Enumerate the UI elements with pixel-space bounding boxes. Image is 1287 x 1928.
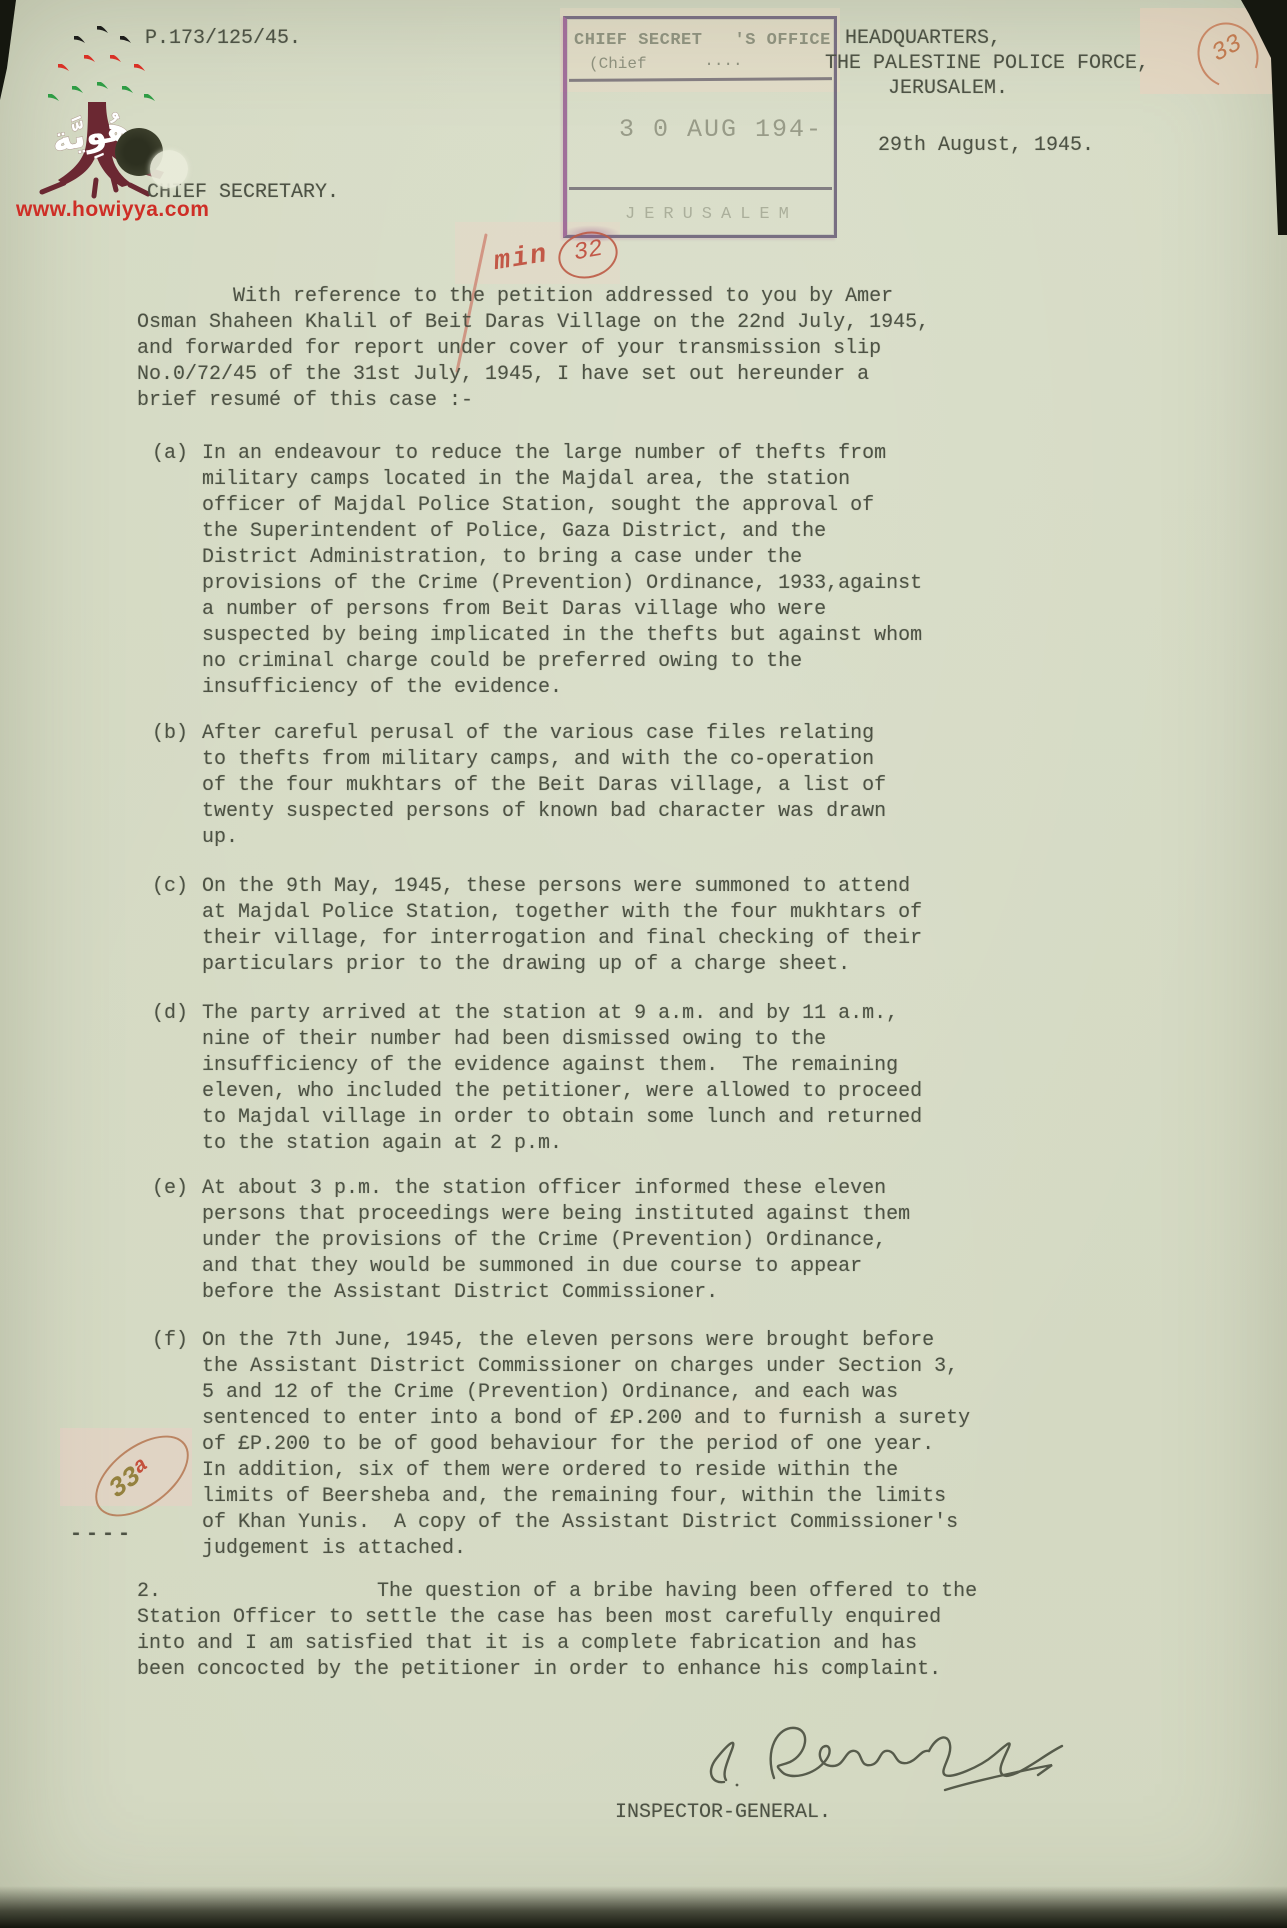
signature-title: INSPECTOR-GENERAL. [615,1800,831,1826]
item-text: In an endeavour to reduce the large numb… [202,441,922,701]
item-text: The party arrived at the station at 9 a.… [202,1001,922,1157]
min-note: min [492,240,551,278]
scan-edge-bottom [0,1886,1287,1928]
document-page: CHIEF SECRET 'S OFFICE (Chief ···· 3 0 A… [0,0,1287,1928]
received-stamp: CHIEF SECRET 'S OFFICE (Chief ···· 3 0 A… [563,16,837,238]
stamp-office-line1: CHIEF SECRET 'S OFFICE [574,31,831,50]
item-text: On the 9th May, 1945, these persons were… [202,874,922,978]
intro-paragraph: With reference to the petition addressed… [137,284,929,414]
case-item-b: (b) After careful perusal of the various… [152,721,886,851]
reference-number: P.173/125/45. [145,26,301,52]
logo-people-green [37,65,155,102]
case-item-f: (f) On the 7th June, 1945, the eleven pe… [152,1328,970,1562]
item-label: (f) [152,1328,202,1562]
item-label: (c) [152,874,202,978]
paragraph-2: 2. The question of a bribe having been o… [137,1579,977,1683]
letterhead-line2: THE PALESTINE POLICE FORCE, [825,51,1149,77]
signature [690,1718,1075,1813]
item-text: On the 7th June, 1945, the eleven person… [202,1328,970,1562]
letterhead-line1: HEADQUARTERS, [845,26,1001,52]
case-item-c: (c) On the 9th May, 1945, these persons … [152,874,922,978]
letter-date: 29th August, 1945. [878,133,1094,159]
margin-dashes: ---- [70,1522,134,1548]
stamp-rule [569,187,832,190]
item-text: At about 3 p.m. the station officer info… [202,1176,910,1306]
case-item-d: (d) The party arrived at the station at … [152,1001,922,1157]
case-item-a: (a) In an endeavour to reduce the large … [152,441,922,701]
item-label: (b) [152,721,202,851]
item-label: (e) [152,1176,202,1306]
min-number: 32 [572,236,605,268]
stamp-date: 3 0 AUG 194- [619,115,823,144]
stamp-office-line2: (Chief ···· [589,55,743,73]
stamp-rule [569,77,832,82]
item-label: (a) [152,441,202,701]
stamp-place: JERUSALEM [625,205,798,224]
item-text: After careful perusal of the various cas… [202,721,886,851]
item-label: (d) [152,1001,202,1157]
hole-punch-light-mark [150,150,188,188]
logo-people-black [63,14,131,43]
case-item-e: (e) At about 3 p.m. the station officer … [152,1176,910,1306]
letterhead-line3: JERUSALEM. [888,76,1008,102]
